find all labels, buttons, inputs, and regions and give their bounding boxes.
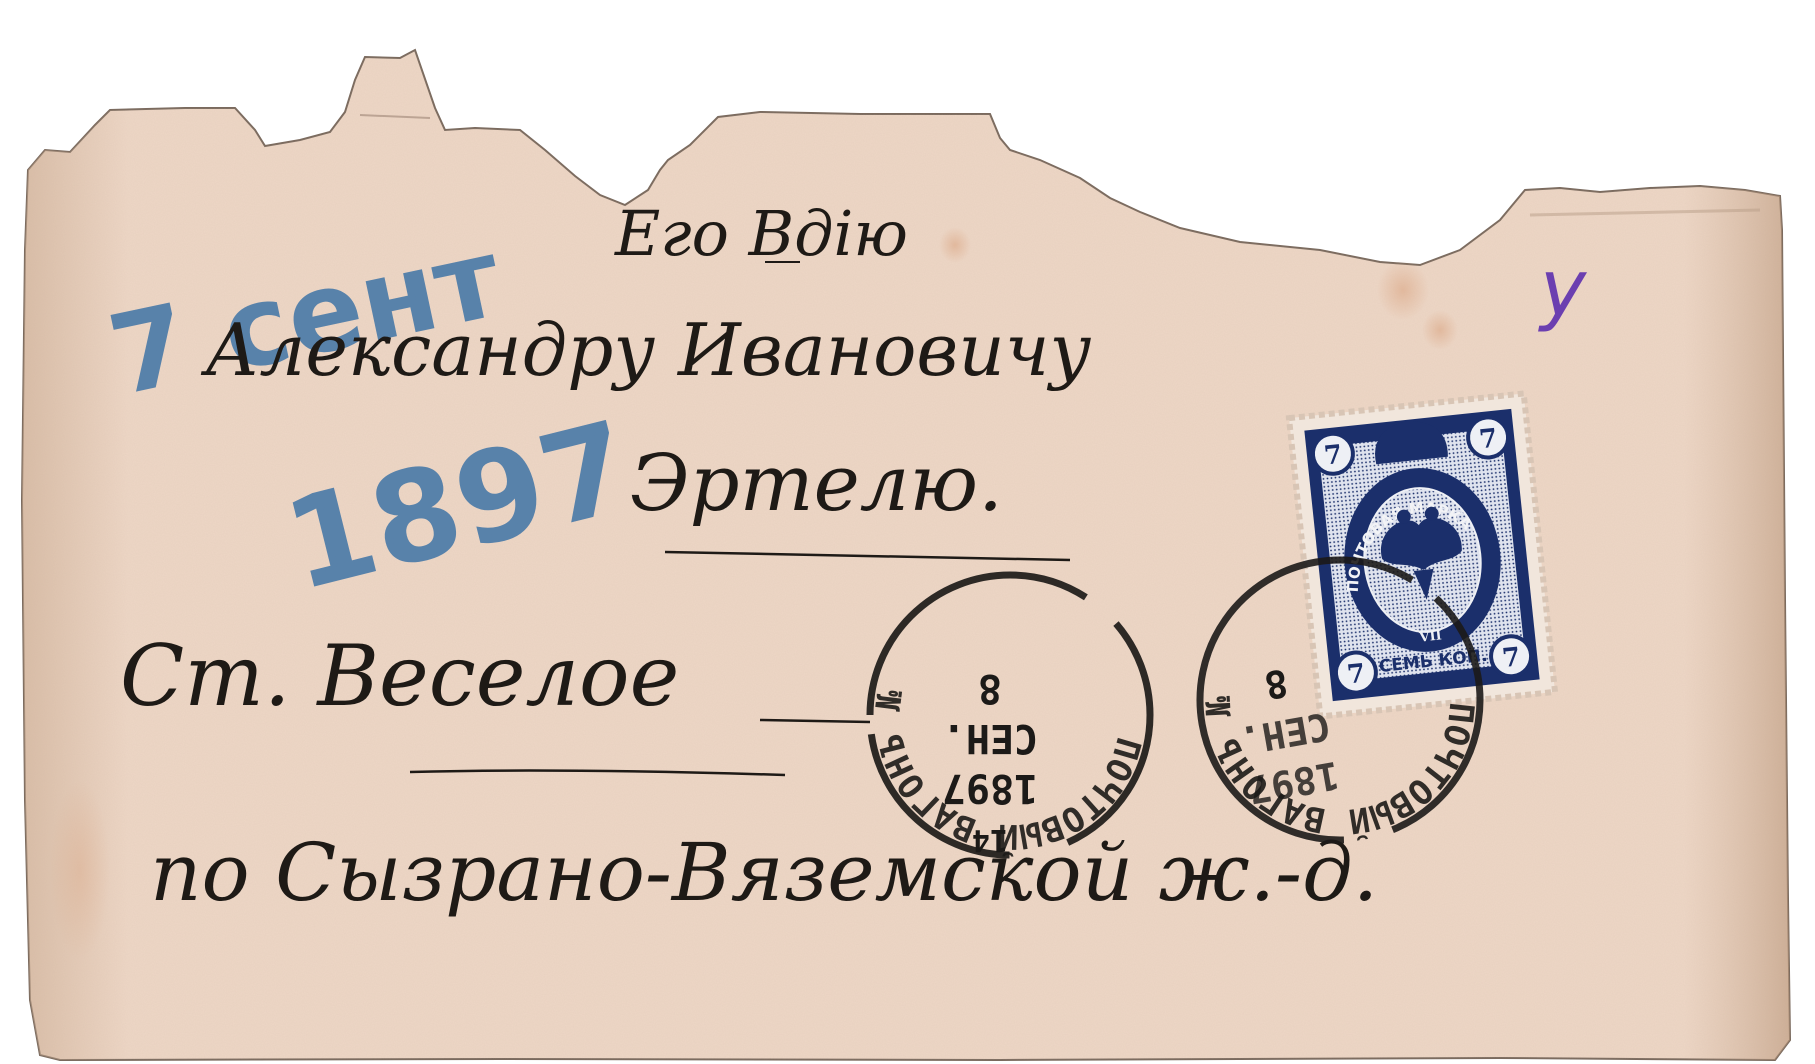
svg-text:7: 7 <box>1323 440 1344 472</box>
svg-text:7: 7 <box>1501 642 1522 674</box>
svg-text:7: 7 <box>1478 424 1499 456</box>
corner-mark: у <box>1538 244 1588 334</box>
address-honorific: Его Вдію <box>614 197 908 270</box>
envelope-photo: 7 сент 1897 у Его Вдію Александру Иванов… <box>0 0 1815 1064</box>
stamp-roman-numeral: VII <box>1418 628 1443 645</box>
address-recipient-name: Александру Ивановичу <box>200 308 1091 392</box>
address-recipient-surname: Эртелю. <box>630 439 1003 529</box>
address-station: Ст. Веселое <box>120 627 679 725</box>
address-railway: по Сызрано-Вяземской ж.-д. <box>150 826 1378 919</box>
postmark-left-year: 1897 <box>942 765 1038 811</box>
svg-text:7: 7 <box>1346 659 1367 691</box>
postmark-left-train-number: 14 <box>972 822 1008 857</box>
postage-stamp: 7 7 7 7 ПОЧТОВАЯ МАРКА VII СЕМЬ КОП. <box>1289 393 1555 716</box>
postmark-left-month: СЕН. <box>942 715 1038 761</box>
postmark-left-day: 8 <box>978 665 1002 711</box>
